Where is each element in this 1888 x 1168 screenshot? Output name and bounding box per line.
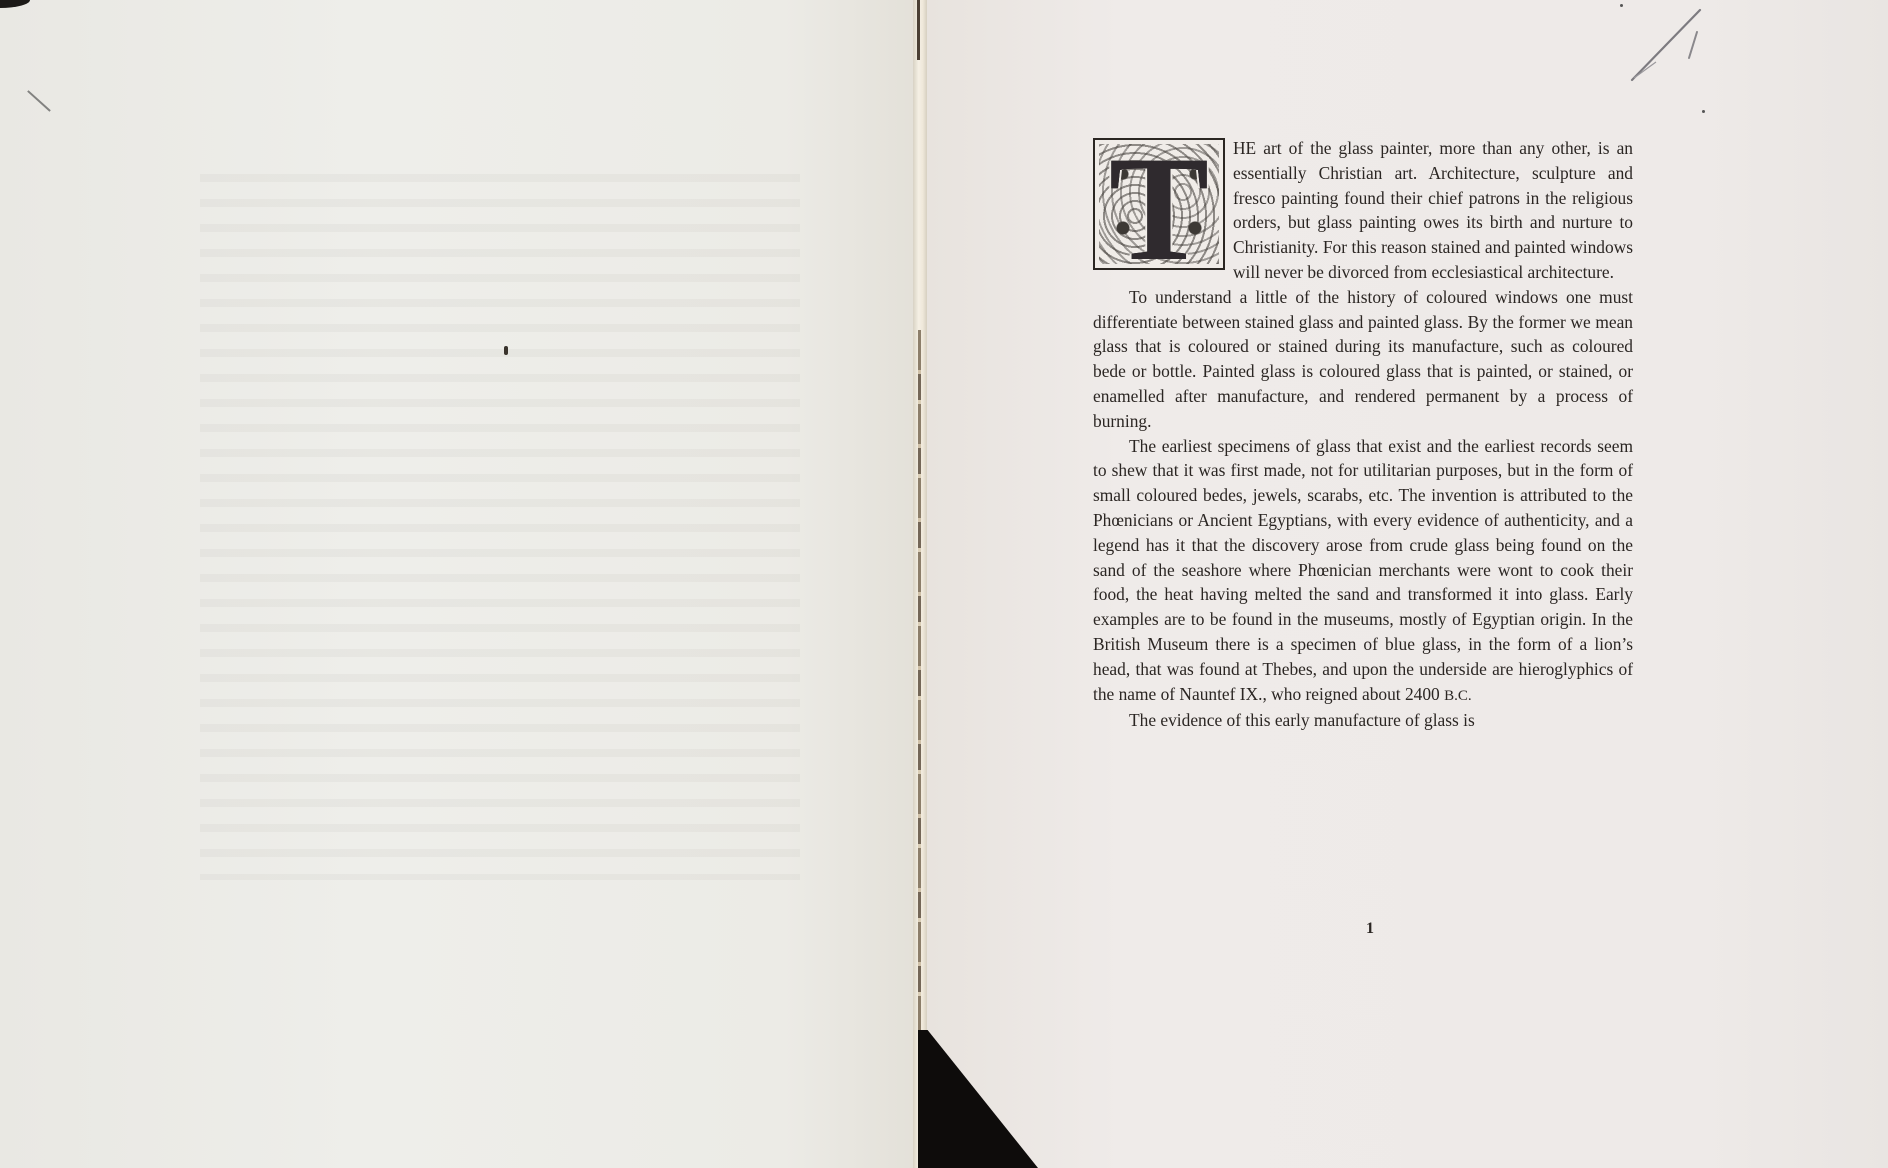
ink-speck — [504, 346, 508, 355]
paragraph-3: The earliest specimens of glass that exi… — [1093, 434, 1633, 709]
pencil-scratch — [27, 90, 50, 111]
page-corner-shadow — [0, 0, 30, 8]
paragraph-4: The evidence of this early manufacture o… — [1093, 708, 1633, 733]
left-page — [0, 0, 922, 1168]
era-abbreviation: B.C. — [1444, 688, 1472, 704]
body-text-column: T HE art of the glass painter, more than… — [1093, 136, 1633, 733]
book-spine — [913, 0, 927, 1168]
page-number: 1 — [1366, 920, 1374, 938]
pencil-annotation-icon — [1628, 6, 1708, 86]
paper-speck — [1702, 110, 1705, 113]
paragraph-3-text: The earliest specimens of glass that exi… — [1093, 436, 1633, 704]
spine-crack-top — [917, 0, 920, 60]
bleed-through-text — [200, 160, 800, 880]
drop-cap-letter: T — [1095, 138, 1223, 270]
spine-crack-bottom — [918, 330, 921, 1050]
paper-speck — [1620, 4, 1623, 7]
ornamental-drop-cap: T — [1093, 138, 1225, 270]
paragraph-2: To understand a little of the history of… — [1093, 285, 1633, 434]
